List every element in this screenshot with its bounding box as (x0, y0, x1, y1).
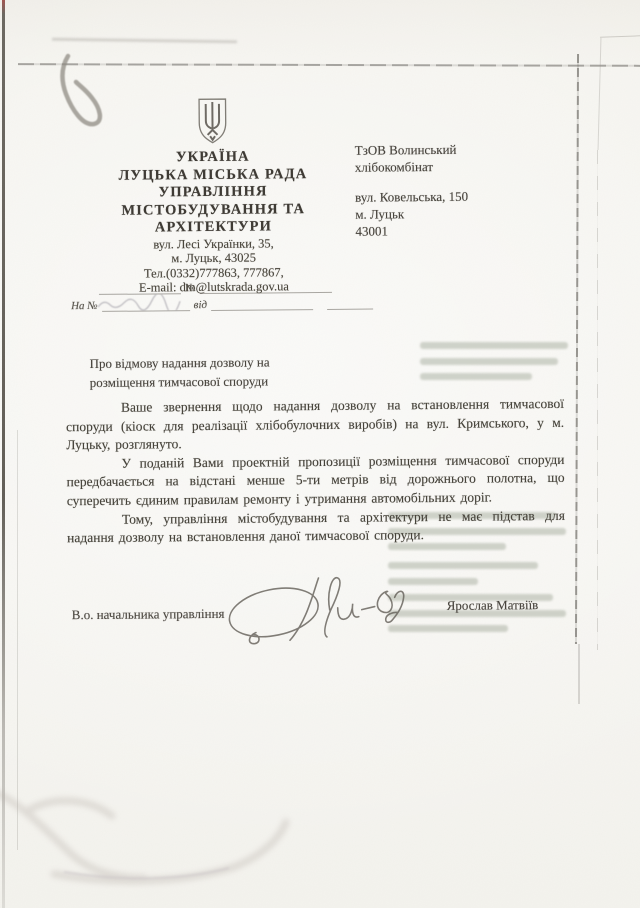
scanned-letter-page: УКРАЇНА ЛУЦЬКА МІСЬКА РАДА УПРАВЛІННЯ МІ… (0, 0, 640, 908)
ref-no-label: № (181, 282, 200, 294)
recipient-city: м. Луцьк (355, 205, 468, 223)
ref-date-blank (211, 299, 313, 311)
subject-line: Про відмову надання дозволу на (89, 352, 339, 373)
recipient-block: ТзОВ Волинський хлібокомбінат вул. Ковел… (355, 141, 469, 240)
ref-blank-date (99, 283, 181, 295)
ukraine-trident-emblem-icon (195, 96, 229, 146)
letter-body: Ваше звернення щодо надання дозволу на в… (66, 395, 565, 548)
body-paragraph: Ваше звернення щодо надання дозволу на в… (66, 395, 564, 455)
subject-block: Про відмову надання дозволу на розміщенн… (89, 352, 339, 392)
body-paragraph: Тому, управління містобудування та архіт… (67, 506, 565, 548)
signer-title: В.о. начальника управління (72, 606, 225, 623)
ref-reply-blank (102, 300, 190, 312)
handwritten-ref-number (96, 294, 196, 311)
recipient-name-line: ТзОВ Волинський (355, 141, 468, 159)
letterhead-org-line: ЛУЦЬКА МІСЬКА РАДА (86, 165, 340, 185)
ref-blank-number (199, 282, 331, 294)
recipient-name-line: хлібокомбінат (355, 158, 468, 176)
recipient-street: вул. Ковельська, 150 (355, 188, 468, 206)
letterhead-org-line: УПРАВЛІННЯ (86, 183, 340, 203)
signature-scribble (225, 569, 408, 651)
scan-smudge (0, 768, 324, 908)
letterhead-org-line: АРХІТЕКТУРИ (86, 218, 340, 238)
ref-date-blank-2 (327, 299, 373, 310)
subject-line: розміщення тимчасової споруди (90, 371, 340, 392)
ref-reply-line: На № від (67, 297, 397, 312)
ref-number-line: № (99, 281, 339, 295)
body-paragraph: У поданій Вами проектній пропозиції розм… (66, 451, 564, 511)
letterhead-org-line: МІСТОБУДУВАННЯ ТА (86, 200, 340, 220)
letterhead-country: УКРАЇНА (86, 148, 340, 168)
letterhead: УКРАЇНА ЛУЦЬКА МІСЬКА РАДА УПРАВЛІННЯ МІ… (85, 95, 341, 296)
recipient-postcode: 43001 (355, 222, 468, 240)
signer-name: Ярослав Матвіїв (447, 597, 539, 614)
letterhead-org: УКРАЇНА ЛУЦЬКА МІСЬКА РАДА УПРАВЛІННЯ МІ… (86, 148, 341, 238)
